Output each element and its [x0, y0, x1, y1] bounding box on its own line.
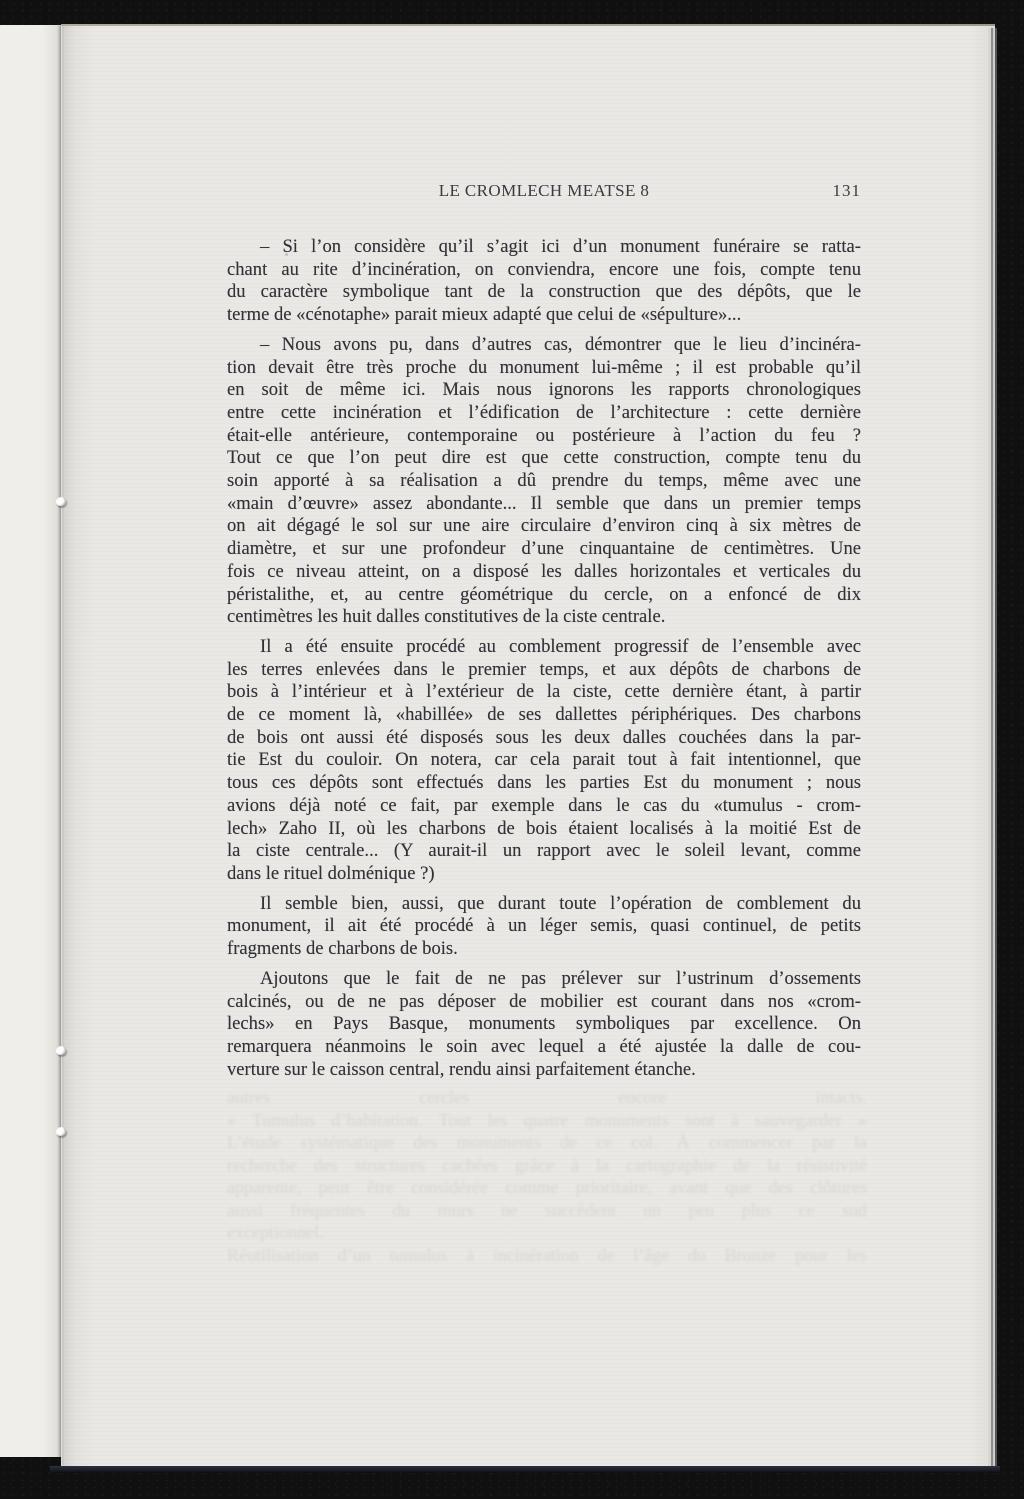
paragraph: Il a été ensuite procédé au comblement p…	[227, 636, 861, 886]
text-line: tous ces dépôts sont effectués dans les …	[227, 772, 861, 795]
text-line: diamètre, et sur une profondeur d’une ci…	[227, 538, 861, 561]
binding-gutter	[58, 26, 64, 1466]
text-line: de ce moment là, «habillée» de ses dalle…	[227, 704, 861, 727]
text-line: tie Est du couloir. On notera, car cela …	[227, 749, 861, 772]
text-line: terme de «cénotaphe» parait mieux adapté…	[227, 304, 861, 327]
paragraph: – Nous avons pu, dans d’autres cas, démo…	[227, 334, 861, 629]
text-line: soin apporté à sa réalisation a dû prend…	[227, 470, 861, 493]
text-line: Ajoutons que le fait de ne pas prélever …	[227, 968, 861, 991]
text-line: Tout ce que l’on peut dire est que cette…	[227, 447, 861, 470]
text-line: Il semble bien, aussi, que durant toute …	[227, 893, 861, 916]
text-line: lech» Zaho II, où les charbons de bois é…	[227, 818, 861, 841]
page-number: 131	[833, 181, 862, 201]
scanned-book-photo: LE CROMLECH MEATSE 8 131 – Si l’on consi…	[0, 0, 1024, 1499]
bleed-line: autres cercles encore intacts.	[227, 1086, 867, 1109]
bleed-line: L’étude systématique des monuments de ce…	[227, 1131, 867, 1154]
bleed-line: apparente, peut être considérée comme pr…	[227, 1176, 867, 1199]
bleed-line: « Tumulus d’habitation. Tout les quatre …	[227, 1109, 867, 1132]
text-line: – Nous avons pu, dans d’autres cas, démo…	[227, 334, 861, 357]
text-line: remarquera néanmoins le soin avec lequel…	[227, 1036, 861, 1059]
text-line: Il a été ensuite procédé au comblement p…	[227, 636, 861, 659]
text-line: tion devait être très proche du monument…	[227, 357, 861, 380]
text-line: bois à l’intérieur et à l’extérieur de l…	[227, 681, 861, 704]
body-text: – Si l’on considère qu’il s’agit ici d’u…	[227, 236, 861, 1088]
text-line: on ait dégagé le sol sur une aire circul…	[227, 515, 861, 538]
text-line: de bois ont aussi été disposés sous les …	[227, 727, 861, 750]
text-line: était-elle antérieure, contemporaine ou …	[227, 425, 861, 448]
text-line: fois ce niveau atteint, on a disposé les…	[227, 561, 861, 584]
text-line: dans le rituel dolménique ?)	[227, 863, 861, 886]
text-line: chant au rite d’incinération, on convien…	[227, 259, 861, 282]
running-head-row: LE CROMLECH MEATSE 8 131	[227, 181, 861, 205]
running-head-title: LE CROMLECH MEATSE 8	[227, 181, 861, 201]
bleed-line: aussi fréquentes du murs ne succèdent un…	[227, 1199, 867, 1222]
page-bottom-shadow	[50, 1466, 1000, 1473]
text-line: la ciste centrale... (Y aurait-il un rap…	[227, 840, 861, 863]
bleed-line: exceptionnel.	[227, 1221, 867, 1244]
text-line: centimètres les huit dalles constitutive…	[227, 606, 861, 629]
text-line: entre cette incinération et l’édificatio…	[227, 402, 861, 425]
text-line: fragments de charbons de bois.	[227, 938, 861, 961]
bleed-line: Réutilisation d’un tumulus à incinératio…	[227, 1244, 867, 1267]
text-line: les terres enlevées dans le premier temp…	[227, 659, 861, 682]
text-line: calcinés, ou de ne pas déposer de mobili…	[227, 991, 861, 1014]
paragraph: Ajoutons que le fait de ne pas prélever …	[227, 968, 861, 1082]
text-line: avions déjà noté ce fait, par exemple da…	[227, 795, 861, 818]
text-line: «main d’œuvre» assez abondante... Il sem…	[227, 493, 861, 516]
text-line: péristalithe, et, au centre géométrique …	[227, 584, 861, 607]
facing-page-edge	[0, 25, 61, 1457]
text-line: verture sur le caisson central, rendu ai…	[227, 1059, 861, 1082]
bleed-through-text: autres cercles encore intacts.« Tumulus …	[227, 1086, 867, 1266]
paper-speck	[285, 253, 288, 256]
text-line: monument, il ait été procédé à un léger …	[227, 915, 861, 938]
text-line: du caractère symbolique tant de la const…	[227, 281, 861, 304]
paragraph: Il semble bien, aussi, que durant toute …	[227, 893, 861, 961]
text-line: en soit de même ici. Mais nous ignorons …	[227, 379, 861, 402]
text-line: lechs» en Pays Basque, monuments symboli…	[227, 1013, 861, 1036]
page-edge-stack	[988, 28, 1000, 1466]
page-top-edge	[61, 24, 995, 26]
paragraph: – Si l’on considère qu’il s’agit ici d’u…	[227, 236, 861, 327]
text-line: – Si l’on considère qu’il s’agit ici d’u…	[227, 236, 861, 259]
bleed-line: recherche des structures cachées grâce à…	[227, 1154, 867, 1177]
